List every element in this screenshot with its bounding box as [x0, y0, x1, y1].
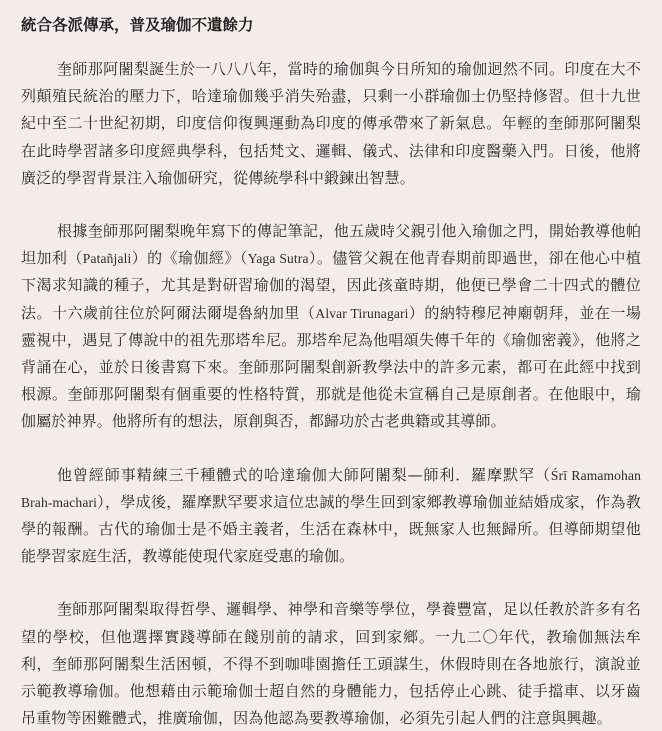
paragraph-3: 他曾經師事精練三千種體式的哈達瑜伽大師阿闍梨—師利．羅摩默罕（Śrī Ramam… [21, 462, 641, 571]
paragraph-4: 奎師那阿闍梨取得哲學、邏輯學、神學和音樂等學位，學養豐富，足以任教於許多有名望的… [21, 596, 641, 731]
latin-term-yoga-sutra: Yaga Sutra [248, 251, 309, 266]
document-page: 統合各派傳承，普及瑜伽不遺餘力 奎師那阿闍梨誕生於一八八八年，當時的瑜伽與今日所… [0, 0, 662, 731]
paragraph-text: 他曾經師事精練三千種體式的哈達瑜伽大師阿闍梨—師利．羅摩默罕（ [57, 466, 551, 484]
paragraph-1: 奎師那阿闍梨誕生於一八八八年，當時的瑜伽與今日所知的瑜伽迥然不同。印度在大不列顛… [21, 56, 641, 192]
latin-term-patanjali: Patañjali [83, 251, 132, 266]
paragraph-text: ）的納特穆尼神廟朝拜，並在一場靈視中，遇見了傳說中的祖先那塔牟尼。那塔牟尼為他唱… [21, 304, 641, 431]
section-title: 統合各派傳承，普及瑜伽不遺餘力 [21, 14, 641, 36]
paragraph-text: ）的《瑜伽經》（ [131, 249, 247, 267]
paragraph-text: 奎師那阿闍梨誕生於一八八八年，當時的瑜伽與今日所知的瑜伽迥然不同。印度在大不列顛… [21, 60, 641, 187]
paragraph-2: 根據奎師那阿闍梨晚年寫下的傳記筆記，他五歲時父親引他入瑜伽之門，開始教導他帕坦加… [21, 218, 641, 436]
paragraph-text: ），學成後，羅摩默罕要求這位忠誠的學生回到家鄉教導瑜伽並結婚成家，作為教學的報酬… [21, 493, 641, 565]
paragraph-text: 奎師那阿闍梨取得哲學、邏輯學、神學和音樂等學位，學養豐富，足以任教於許多有名望的… [21, 600, 641, 727]
latin-term-alvar-tirunagari: Alvar Tirunagari [315, 306, 408, 321]
